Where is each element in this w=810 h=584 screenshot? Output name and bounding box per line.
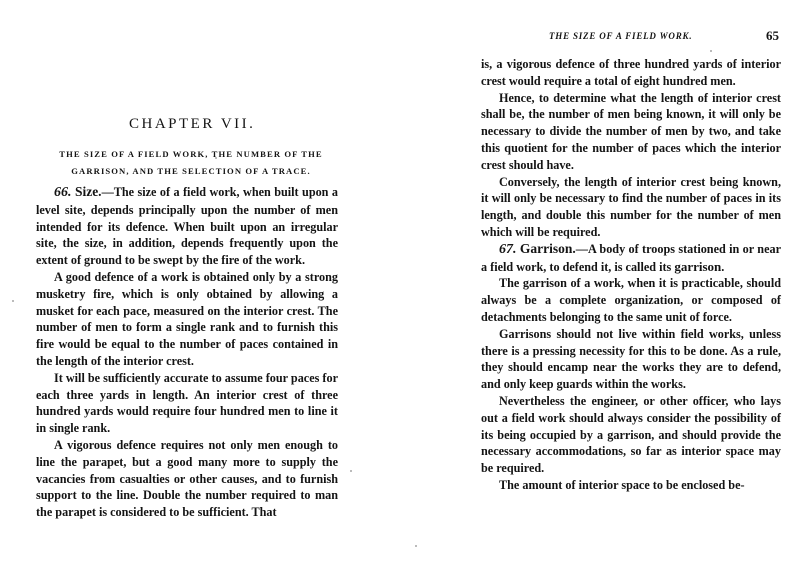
right-page: The size of a field work. 65 is, a vigor… [405, 0, 810, 584]
left-page: CHAPTER VII. The size of a field work, t… [0, 0, 405, 584]
chapter-title: CHAPTER VII. [129, 116, 329, 133]
scan-speck [12, 300, 14, 302]
section-66-paragraph: 66. Size.—The size of a field work, when… [36, 184, 338, 269]
running-head: The size of a field work. [549, 31, 692, 41]
scan-speck [215, 157, 217, 159]
section-number: 66. [54, 185, 72, 200]
paragraph: Hence, to determine what the length of i… [481, 90, 781, 174]
paragraph: The amount of interior space to be enclo… [481, 477, 781, 494]
right-body-text: is, a vigorous defence of three hundred … [481, 56, 781, 494]
paragraph: It will be sufficiently accurate to assu… [36, 370, 338, 437]
section-number: 67. [499, 242, 517, 257]
paragraph: Nevertheless the engineer, or other offi… [481, 393, 781, 477]
section-67-paragraph: 67. Garrison.—A body of troops stationed… [481, 241, 781, 276]
defined-term: garrison [674, 259, 721, 274]
page-number: 65 [766, 28, 779, 44]
chapter-subtitle: The size of a field work, the number of … [38, 146, 344, 180]
section-text-end: . [721, 260, 724, 274]
paragraph: The garrison of a work, when it is pract… [481, 275, 781, 325]
paragraph: Conversely, the length of interior crest… [481, 174, 781, 241]
scan-speck [710, 50, 712, 52]
left-body-text: 66. Size.—The size of a field work, when… [36, 184, 338, 521]
paragraph: is, a vigorous defence of three hundred … [481, 56, 781, 90]
section-title: Garrison. [520, 241, 576, 256]
scan-speck [350, 470, 352, 472]
paragraph: A vigorous defence requires not only men… [36, 437, 338, 521]
paragraph: A good defence of a work is obtained onl… [36, 269, 338, 370]
section-title: Size. [75, 184, 102, 199]
paragraph: Garrisons should not live within field w… [481, 326, 781, 393]
scan-speck [415, 545, 417, 547]
